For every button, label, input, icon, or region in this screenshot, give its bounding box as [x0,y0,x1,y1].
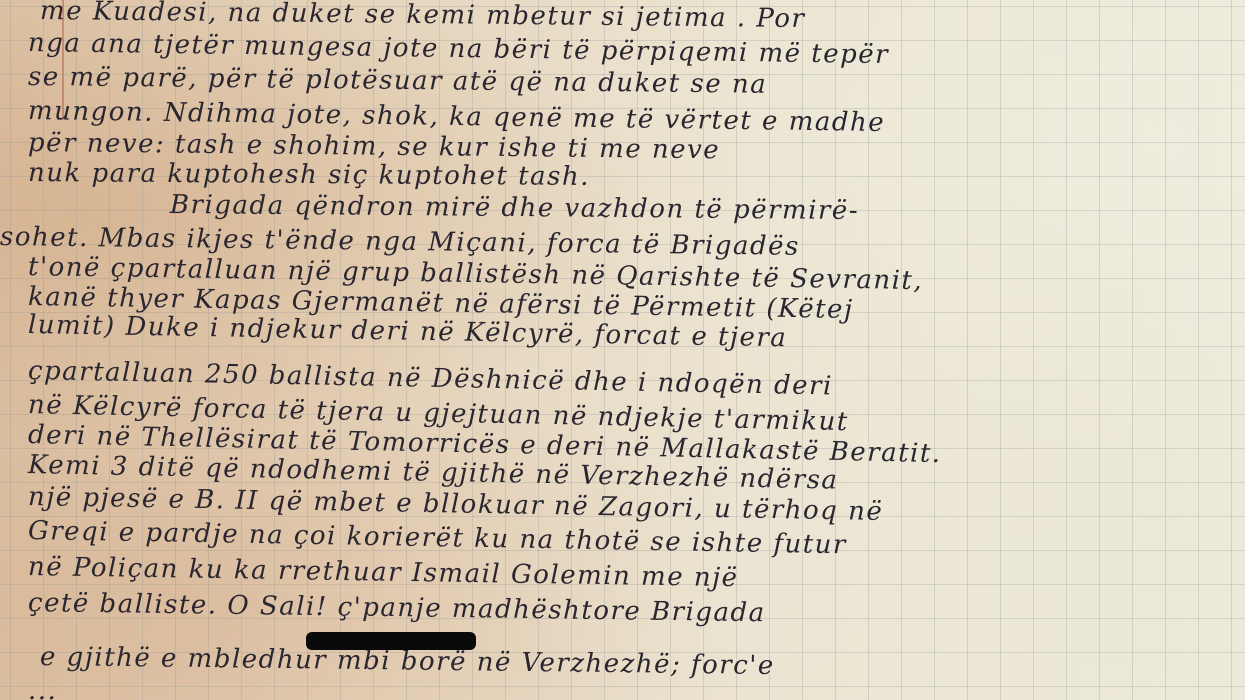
text-line: se më parë, për të plotësuar atë që na d… [28,62,768,100]
text-line: çetë balliste. O Sali! ç'panje madhështo… [28,588,766,628]
text-line: Brigada qëndron mirë dhe vazhdon të përm… [170,190,859,226]
handwritten-text: me Kuadesi, na duket se kemi mbetur si j… [0,0,1245,700]
text-line: në Poliçan ku ka rrethuar Ismail Golemin… [28,552,739,593]
redaction-bar [306,632,476,650]
text-line: nuk para kuptohesh siç kuptohet tash. [28,158,590,192]
text-line: ... [28,676,58,700]
